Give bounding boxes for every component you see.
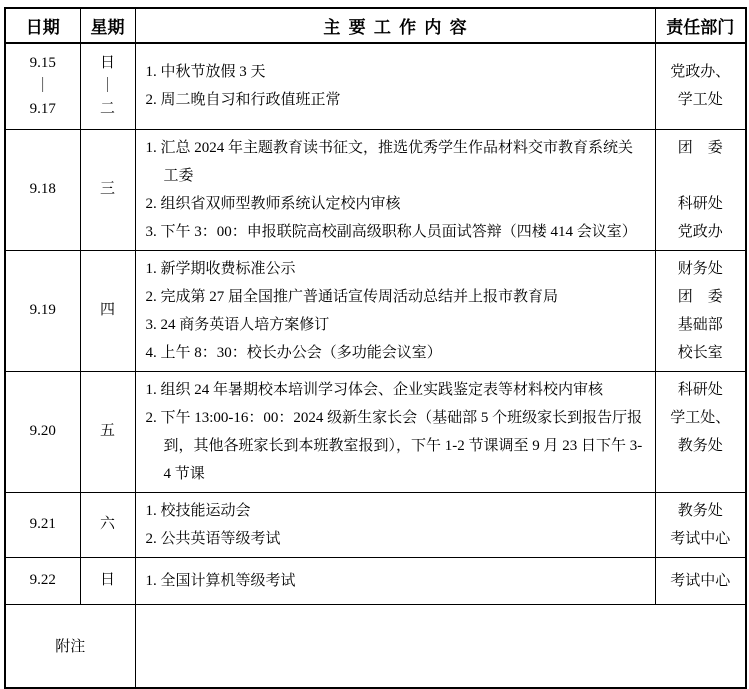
header-main-content: 主 要 工 作 内 容 bbox=[135, 8, 655, 43]
dept-line: 考试中心 bbox=[657, 525, 745, 553]
date-line: 9.19 bbox=[6, 299, 80, 322]
schedule-row: 9.22日1. 全国计算机等级考试考试中心 bbox=[5, 557, 746, 604]
dept-line: 校长室 bbox=[657, 339, 745, 367]
date-cell: 9.18 bbox=[5, 129, 80, 250]
dept-line: 学工处 bbox=[657, 86, 745, 114]
weekday-cell: 三 bbox=[80, 129, 135, 250]
schedule-table-header: 日期 星期 主 要 工 作 内 容 责任部门 bbox=[5, 8, 746, 43]
work-content-cell: 1. 新学期收费标准公示2. 完成第 27 届全国推广普通话宣传周活动总结并上报… bbox=[135, 250, 655, 371]
weekday-line: 三 bbox=[81, 178, 135, 201]
work-content-cell: 1. 全国计算机等级考试 bbox=[135, 557, 655, 604]
date-cell: 9.15｜9.17 bbox=[5, 43, 80, 129]
weekday-line: 日 bbox=[81, 52, 135, 75]
work-item: 2. 组织省双师型教师系统认定校内审核 bbox=[146, 190, 645, 218]
weekday-line: 六 bbox=[81, 513, 135, 536]
dept-cell: 考试中心 bbox=[655, 557, 746, 604]
work-item: 2. 公共英语等级考试 bbox=[146, 525, 645, 553]
work-item: 3. 24 商务英语人培方案修订 bbox=[146, 311, 645, 339]
dept-line: 财务处 bbox=[657, 255, 745, 283]
weekday-line: 五 bbox=[81, 420, 135, 443]
dept-line: 党政办 bbox=[657, 218, 745, 246]
work-content-cell: 1. 校技能运动会2. 公共英语等级考试 bbox=[135, 492, 655, 557]
work-item: 3. 下午 3：00：申报联院高校副高级职称人员面试答辩（四楼 414 会议室） bbox=[146, 218, 645, 246]
weekday-line: 二 bbox=[81, 98, 135, 121]
date-cell: 9.21 bbox=[5, 492, 80, 557]
date-cell: 9.19 bbox=[5, 250, 80, 371]
weekday-cell: 日 bbox=[80, 557, 135, 604]
work-item: 1. 组织 24 年暑期校本培训学习体会、企业实践鉴定表等材料校内审核 bbox=[146, 376, 645, 404]
work-content-cell: 1. 中秋节放假 3 天2. 周二晚自习和行政值班正常 bbox=[135, 43, 655, 129]
date-line: 9.18 bbox=[6, 178, 80, 201]
dept-line: 科研处 bbox=[657, 190, 745, 218]
work-content-cell: 1. 汇总 2024 年主题教育读书征文，推选优秀学生作品材料交市教育系统关工委… bbox=[135, 129, 655, 250]
dept-line: 教务处 bbox=[657, 497, 745, 525]
work-item: 1. 新学期收费标准公示 bbox=[146, 255, 645, 283]
work-item: 2. 下午 13:00-16：00：2024 级新生家长会（基础部 5 个班级家… bbox=[146, 404, 645, 488]
work-item: 4. 上午 8：30：校长办公会（多功能会议室） bbox=[146, 339, 645, 367]
note-label: 附注 bbox=[5, 604, 135, 688]
schedule-table-body: 9.15｜9.17日｜二1. 中秋节放假 3 天2. 周二晚自习和行政值班正常党… bbox=[5, 43, 746, 604]
date-line: 9.22 bbox=[6, 569, 80, 592]
note-content bbox=[135, 604, 746, 688]
dept-line: 基础部 bbox=[657, 311, 745, 339]
header-date: 日期 bbox=[5, 8, 80, 43]
schedule-row: 9.19四1. 新学期收费标准公示2. 完成第 27 届全国推广普通话宣传周活动… bbox=[5, 250, 746, 371]
work-content-cell: 1. 组织 24 年暑期校本培训学习体会、企业实践鉴定表等材料校内审核2. 下午… bbox=[135, 371, 655, 492]
date-cell: 9.22 bbox=[5, 557, 80, 604]
schedule-row: 9.18三1. 汇总 2024 年主题教育读书征文，推选优秀学生作品材料交市教育… bbox=[5, 129, 746, 250]
dept-line: 教务处 bbox=[657, 432, 745, 460]
schedule-table-footer: 附注 bbox=[5, 604, 746, 688]
weekday-line: 四 bbox=[81, 299, 135, 322]
dept-cell: 科研处学工处、教务处 bbox=[655, 371, 746, 492]
dept-line bbox=[657, 162, 745, 190]
weekday-line: 日 bbox=[81, 569, 135, 592]
dept-line: 科研处 bbox=[657, 376, 745, 404]
dept-line: 考试中心 bbox=[657, 567, 745, 595]
note-row: 附注 bbox=[5, 604, 746, 688]
weekday-cell: 五 bbox=[80, 371, 135, 492]
weekday-line: ｜ bbox=[81, 75, 135, 98]
dept-cell: 党政办、学工处 bbox=[655, 43, 746, 129]
dept-cell: 团 委 科研处党政办 bbox=[655, 129, 746, 250]
dept-line: 团 委 bbox=[657, 283, 745, 311]
schedule-row: 9.21六1. 校技能运动会2. 公共英语等级考试教务处考试中心 bbox=[5, 492, 746, 557]
weekly-schedule-page: 日期 星期 主 要 工 作 内 容 责任部门 9.15｜9.17日｜二1. 中秋… bbox=[0, 0, 749, 686]
header-row: 日期 星期 主 要 工 作 内 容 责任部门 bbox=[5, 8, 746, 43]
work-item: 2. 完成第 27 届全国推广普通话宣传周活动总结并上报市教育局 bbox=[146, 283, 645, 311]
weekday-cell: 六 bbox=[80, 492, 135, 557]
work-item: 2. 周二晚自习和行政值班正常 bbox=[146, 86, 645, 114]
dept-line: 团 委 bbox=[657, 134, 745, 162]
date-line: 9.15 bbox=[6, 52, 80, 75]
date-line: 9.21 bbox=[6, 513, 80, 536]
dept-line: 学工处、 bbox=[657, 404, 745, 432]
header-weekday: 星期 bbox=[80, 8, 135, 43]
work-item: 1. 校技能运动会 bbox=[146, 497, 645, 525]
date-line: 9.20 bbox=[6, 420, 80, 443]
date-line: ｜ bbox=[6, 75, 80, 98]
date-cell: 9.20 bbox=[5, 371, 80, 492]
dept-line: 党政办、 bbox=[657, 58, 745, 86]
weekday-cell: 四 bbox=[80, 250, 135, 371]
dept-line bbox=[657, 460, 745, 488]
schedule-row: 9.15｜9.17日｜二1. 中秋节放假 3 天2. 周二晚自习和行政值班正常党… bbox=[5, 43, 746, 129]
work-item: 1. 全国计算机等级考试 bbox=[146, 567, 645, 595]
dept-cell: 财务处团 委基础部校长室 bbox=[655, 250, 746, 371]
weekday-cell: 日｜二 bbox=[80, 43, 135, 129]
dept-cell: 教务处考试中心 bbox=[655, 492, 746, 557]
header-dept: 责任部门 bbox=[655, 8, 746, 43]
work-item: 1. 中秋节放假 3 天 bbox=[146, 58, 645, 86]
schedule-table: 日期 星期 主 要 工 作 内 容 责任部门 9.15｜9.17日｜二1. 中秋… bbox=[4, 7, 747, 689]
schedule-row: 9.20五1. 组织 24 年暑期校本培训学习体会、企业实践鉴定表等材料校内审核… bbox=[5, 371, 746, 492]
work-item: 1. 汇总 2024 年主题教育读书征文，推选优秀学生作品材料交市教育系统关工委 bbox=[146, 134, 645, 190]
date-line: 9.17 bbox=[6, 98, 80, 121]
